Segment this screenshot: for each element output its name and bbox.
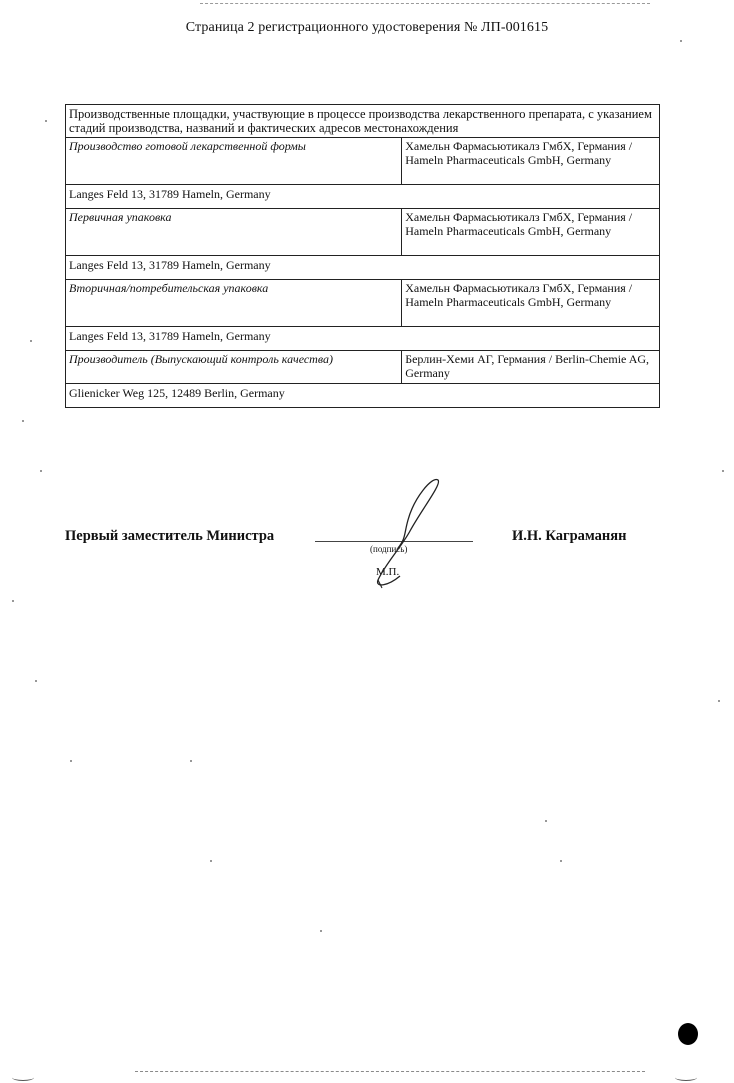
scan-corner-mark (12, 1074, 34, 1081)
handwritten-signature-icon (370, 476, 450, 591)
production-stage: Первичная упаковка (66, 209, 402, 256)
manufacturer-name: Берлин-Хеми АГ, Германия / Berlin-Chemie… (402, 351, 660, 384)
scan-corner-mark (675, 1074, 697, 1081)
table-row: Langes Feld 13, 31789 Hameln, Germany (66, 327, 660, 351)
scan-noise (722, 470, 724, 472)
signatory-title: Первый заместитель Министра (65, 528, 274, 545)
site-address: Langes Feld 13, 31789 Hameln, Germany (66, 256, 660, 280)
site-address: Glienicker Weg 125, 12489 Berlin, German… (66, 384, 660, 408)
scan-noise (210, 860, 212, 862)
signatory-name: И.Н. Каграманян (512, 528, 627, 545)
table-row: Первичная упаковка Хамельн Фармасьютикал… (66, 209, 660, 256)
scan-bottom-edge-rule (135, 1071, 645, 1072)
table-row: Langes Feld 13, 31789 Hameln, Germany (66, 185, 660, 209)
table-row: Glienicker Weg 125, 12489 Berlin, German… (66, 384, 660, 408)
signature-block: Первый заместитель Министра (подпись) М.… (65, 528, 645, 588)
scan-noise (12, 600, 14, 602)
scan-noise (560, 860, 562, 862)
scan-noise (320, 930, 322, 932)
table-heading: Производственные площадки, участвующие в… (66, 105, 660, 138)
manufacturer-name: Хамельн Фармасьютикалз ГмбХ, Германия / … (402, 280, 660, 327)
hole-punch-mark (678, 1023, 698, 1045)
manufacturer-name: Хамельн Фармасьютикалз ГмбХ, Германия / … (402, 138, 660, 185)
scan-noise (190, 760, 192, 762)
production-stage: Производство готовой лекарственной формы (66, 138, 402, 185)
table-row: Вторичная/потребительская упаковка Хамел… (66, 280, 660, 327)
production-stage: Производитель (Выпускающий контроль каче… (66, 351, 402, 384)
table-row: Производитель (Выпускающий контроль каче… (66, 351, 660, 384)
scan-noise (30, 340, 32, 342)
site-address: Langes Feld 13, 31789 Hameln, Germany (66, 327, 660, 351)
production-stage: Вторичная/потребительская упаковка (66, 280, 402, 327)
scan-noise (35, 680, 37, 682)
scan-noise (718, 700, 720, 702)
scan-noise (40, 470, 42, 472)
manufacturing-sites-table: Производственные площадки, участвующие в… (65, 104, 660, 408)
table-row: Производство готовой лекарственной формы… (66, 138, 660, 185)
table-row: Langes Feld 13, 31789 Hameln, Germany (66, 256, 660, 280)
site-address: Langes Feld 13, 31789 Hameln, Germany (66, 185, 660, 209)
scan-noise (545, 820, 547, 822)
scan-noise (70, 760, 72, 762)
scan-noise (45, 120, 47, 122)
page-header: Страница 2 регистрационного удостоверени… (0, 20, 734, 36)
scan-noise (22, 420, 24, 422)
scan-top-edge-rule (200, 3, 650, 4)
scan-noise (680, 40, 682, 42)
manufacturer-name: Хамельн Фармасьютикалз ГмбХ, Германия / … (402, 209, 660, 256)
table-heading-row: Производственные площадки, участвующие в… (66, 105, 660, 138)
